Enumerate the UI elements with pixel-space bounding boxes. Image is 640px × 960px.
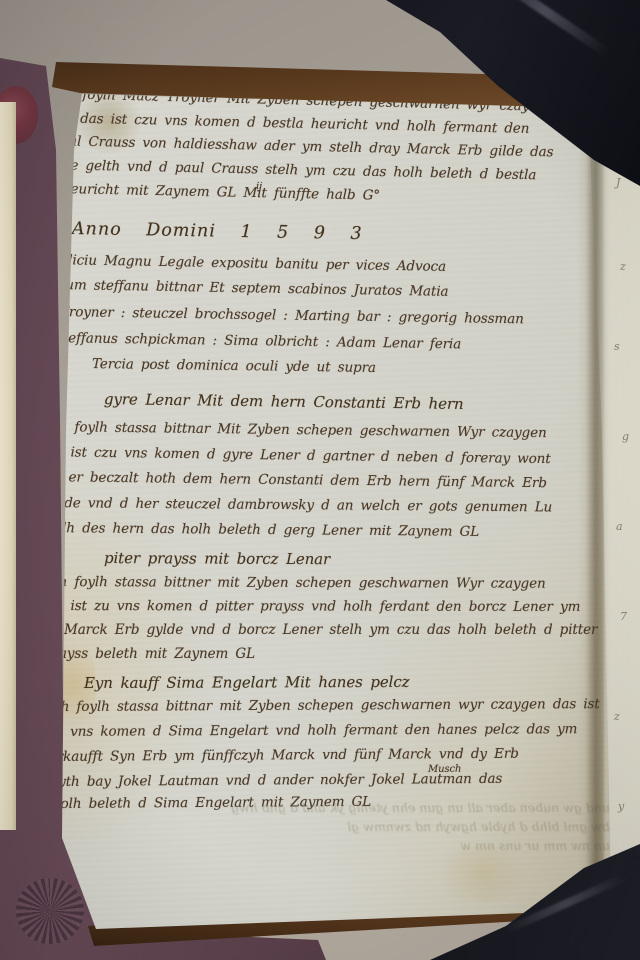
facing-page-ink-fragment: y [618,800,624,813]
verso-showthrough-text: und gw nuben aber all un gun ehn ytenlg … [150,798,610,855]
facing-page-ink-fragment: g [622,430,629,443]
manuscript-line: ferkaufft Syn Erb ym fünffczyh Marck vnd… [44,746,519,765]
showthrough-line: bw gml blhb d hyble hgwyh nd zwnmw gl [150,817,610,836]
manuscript-line: Ich foylh stassa bittnar mit Zyben schep… [48,696,600,715]
manuscript-line: czu vns komen d Sima Engelart vnd holh f… [40,721,577,740]
manuscript-line: Ich foylh stassa bittner mit Zyben schep… [46,574,546,592]
showthrough-line: un nw mm ur uns nm w [150,836,610,855]
manuscript-page: 44 bestla heuricht Mit paul Crauss von h… [0,0,640,960]
page-block-edge-strip [0,102,16,830]
manuscript-photo: J z s g a 7 z y 44 bestla heuricht Mit p… [0,0,640,960]
folio-number-pencil: 44 [95,27,122,53]
manuscript-line: prayss beleth mit Zaynem GL [44,646,255,662]
facing-page-ink-fragment: s [614,340,620,353]
facing-page-ink-fragment: z [614,710,620,723]
showthrough-line: und gw nuben aber all un gun ehn ytenlg … [150,798,610,817]
manuscript-line: das ist zu vns komen d pitter prayss vnd… [40,598,580,615]
manuscript-line: fyr Marck Erb gylde vnd d borcz Lener st… [38,622,597,638]
gutter-shadow [586,100,604,890]
facing-page-ink-fragment: 7 [620,610,627,623]
facing-page-ink-fragment: J [616,176,620,189]
facing-page-ink-fragment: z [620,260,626,273]
section-heading: piter prayss mit borcz Lenar [104,549,330,568]
facing-page-ink-fragment: a [616,520,623,533]
spine-corner-fan [16,878,84,944]
section-heading: Eyn kauff Sima Engelart Mit hanes pelcz [84,673,410,692]
manuscript-line: layth bay Jokel Lautman vnd d ander nokf… [46,771,502,790]
